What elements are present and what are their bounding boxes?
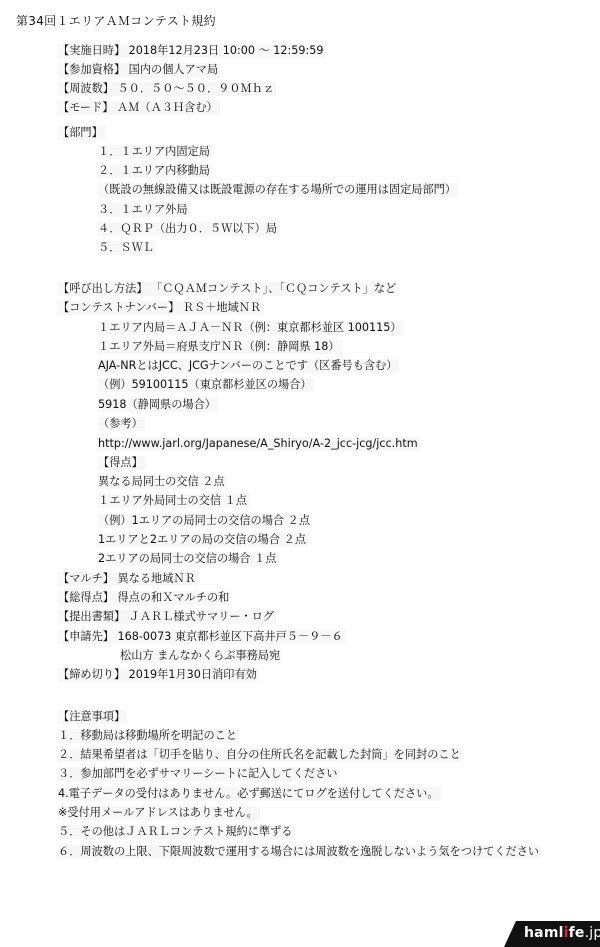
rule-line: 【申請先】 168-0073 東京都杉並区下高井戸５－９－６ <box>58 630 345 644</box>
rule-line: 【参加資格】 国内の個人アマ局 <box>58 63 220 77</box>
rule-line: 【注意事項】 <box>58 710 127 724</box>
rule-line: 1エリアと2エリアの局の交信の場合 ２点 <box>98 533 308 547</box>
rule-line: （既設の無線設備又は既設電源の存在する場所での運用は固定局部門） <box>98 183 458 197</box>
rule-line: 松山方 まんなかくらぶ事務局宛 <box>120 649 282 663</box>
rule-line: １．１エリア内固定局 <box>98 145 212 159</box>
rule-line: 【得点】 <box>98 456 145 470</box>
rule-line: 【提出書類】 ＪＡＲＬ様式サマリー・ログ <box>58 610 276 624</box>
reference-link[interactable]: http://www.jarl.org/Japanese/A_Shiryo/A-… <box>98 437 420 451</box>
rule-line: （例）59100115（東京都杉並区の場合） <box>98 378 314 392</box>
rule-line: １．移動局は移動場所を明記のこと <box>58 729 239 743</box>
rule-line: 【コンテストナンバー】 ＲＳ＋地域ＮＲ <box>58 301 263 315</box>
rule-line: （例）1エリアの局同士の交信の場合 ２点 <box>98 514 312 528</box>
rule-line: １エリア外局同士の交信 １点 <box>98 494 249 508</box>
rule-line: １エリア外局＝府県支庁ＮＲ（例：静岡県 18） <box>98 340 342 354</box>
rule-line: 5918（静岡県の場合） <box>98 398 218 412</box>
rule-line: 【呼び出し方法】 「ＣＱＡＭコンテスト」、「ＣＱコンテスト」など <box>58 282 398 296</box>
rule-line: 4.電子データの受付はありません。必ず郵送にてログを送付してください。 <box>58 787 441 801</box>
rule-line: ５．ＳＷＬ <box>98 241 156 255</box>
rule-line: ５．その他はＪＡＲＬコンテスト規約に準ずる <box>58 825 295 839</box>
rule-line: 【周波数】 ５０．５０〜５０．９０Ｍｈｚ <box>58 82 276 96</box>
rule-line: ２．１エリア内移動局 <box>98 164 212 178</box>
rule-line: 異なる局同士の交信 ２点 <box>98 475 227 489</box>
rule-line: 【実施日時】 2018年12月23日 10:00 〜 12:59:59 <box>58 44 326 58</box>
rule-line: ３．参加部門を必ずサマリーシートに記入してください <box>58 767 339 781</box>
hamlife-watermark-logo: hamlife.jp <box>504 921 600 947</box>
rule-line: ２．結果希望者は「切手を貼り、自分の住所氏名を記載した封筒」を同封のこと <box>58 748 463 762</box>
rule-line: ４．ＱＲＰ（出力０．５Ｗ以下）局 <box>98 222 279 236</box>
rule-line: 【マルチ】 異なる地域ＮＲ <box>58 572 198 586</box>
rule-line: ※受付用メールアドレスはありません。 <box>58 806 260 820</box>
rule-line: ６．周波数の上限、下限周波数で運用する場合には周波数を逸脱しないよう気をつけてく… <box>58 845 541 859</box>
rule-line: AJA-NRとはJCC、JCGナンバーのことです（区番号も含む） <box>98 359 399 373</box>
rule-line: 2エリアの局同士の交信の場合 １点 <box>98 552 279 566</box>
rule-line: ３．１エリア外局 <box>98 203 190 217</box>
document-title: 第34回１エリアＡＭコンテスト規約 <box>16 12 216 29</box>
rule-line: １エリア内局＝ＡＪＡ－ＮＲ（例：東京都杉並区 100115） <box>98 321 404 335</box>
rule-line: 【部門】 <box>58 126 105 140</box>
rule-line: 【総得点】 得点の和Ｘマルチの和 <box>58 591 231 605</box>
logo-text: hamlife.jp <box>524 925 600 941</box>
rule-line: 【モード】 ＡＭ（Ａ３Ｈ含む） <box>58 101 220 115</box>
rule-line: 【締め切り】 2019年1月30日消印有効 <box>58 668 259 682</box>
rule-line: （参考） <box>98 417 145 431</box>
